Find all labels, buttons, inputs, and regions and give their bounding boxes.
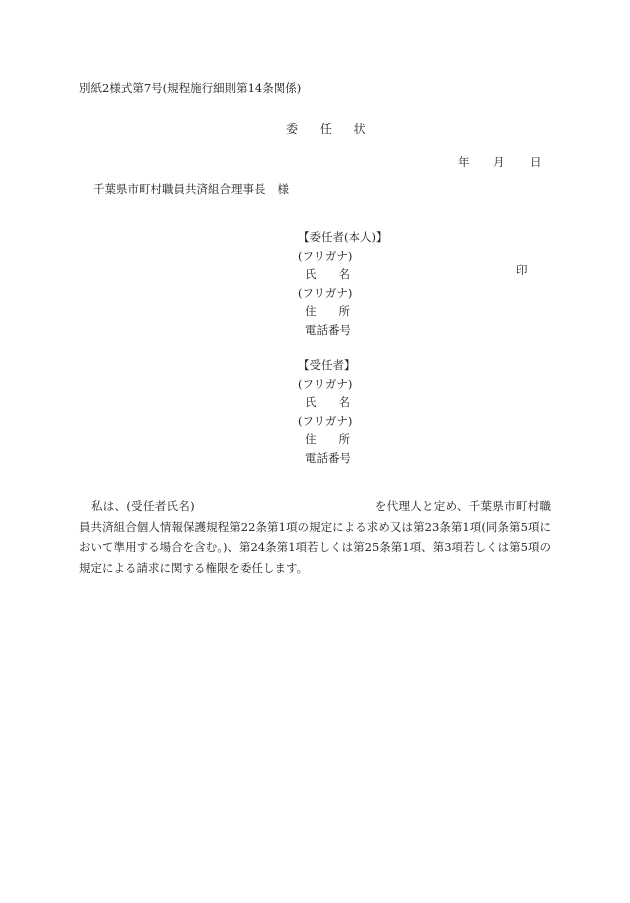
date-day-label: 日 [530,157,542,169]
principal-address-label: 住所 [298,302,387,321]
document-title: 委 任 状 [286,123,375,135]
statement-line-1: 私は、(受任者氏名)を代理人と定め、千葉県市町村職 [79,496,551,517]
principal-heading: 【委任者(本人)】 [298,228,387,247]
principal-furigana-label: (フリガナ) [298,247,387,266]
agent-name-label: 氏名 [298,393,372,412]
delegation-statement: 私は、(受任者氏名)を代理人と定め、千葉県市町村職 員共済組合個人情報保護規程第… [79,496,551,578]
agent-address-label: 住所 [298,430,372,449]
statement-line-1-end: を代理人と定め、千葉県市町村職 [375,499,551,513]
agent-address-furigana-label: (フリガナ) [298,412,372,431]
principal-name-label: 氏名 [298,265,387,284]
addressee-honorific: 様 [278,182,290,196]
statement-line-3: おいて準用する場合を含む。)、第24条第1項若しくは第25条第1項、第3項若しく… [79,537,551,558]
addressee: 千葉県市町村職員共済組合理事長様 [93,184,289,196]
principal-phone-label: 電話番号 [298,321,387,340]
date-month-label: 月 [493,157,505,169]
agent-phone-label: 電話番号 [298,449,372,468]
statement-line-4: 規定による請求に関する権限を委任します。 [79,558,551,579]
statement-line-2: 員共済組合個人情報保護規程第22条第1項の規定による求め又は第23条第1項(同条… [79,517,551,538]
seal-mark: 印 [516,265,528,277]
addressee-name: 千葉県市町村職員共済組合理事長 [93,182,266,196]
statement-line-1-start: 私は、(受任者氏名) [79,499,195,513]
agent-heading: 【受任者】 [298,356,372,375]
date-year-label: 年 [458,157,470,169]
agent-furigana-label: (フリガナ) [298,375,372,394]
form-reference: 別紙2様式第7号(規程施行細則第14条関係) [79,83,301,95]
agent-section: 【受任者】 (フリガナ) 氏名 (フリガナ) 住所 電話番号 [298,356,372,468]
principal-section: 【委任者(本人)】 (フリガナ) 氏名 (フリガナ) 住所 電話番号 [298,228,387,340]
principal-address-furigana-label: (フリガナ) [298,284,387,303]
